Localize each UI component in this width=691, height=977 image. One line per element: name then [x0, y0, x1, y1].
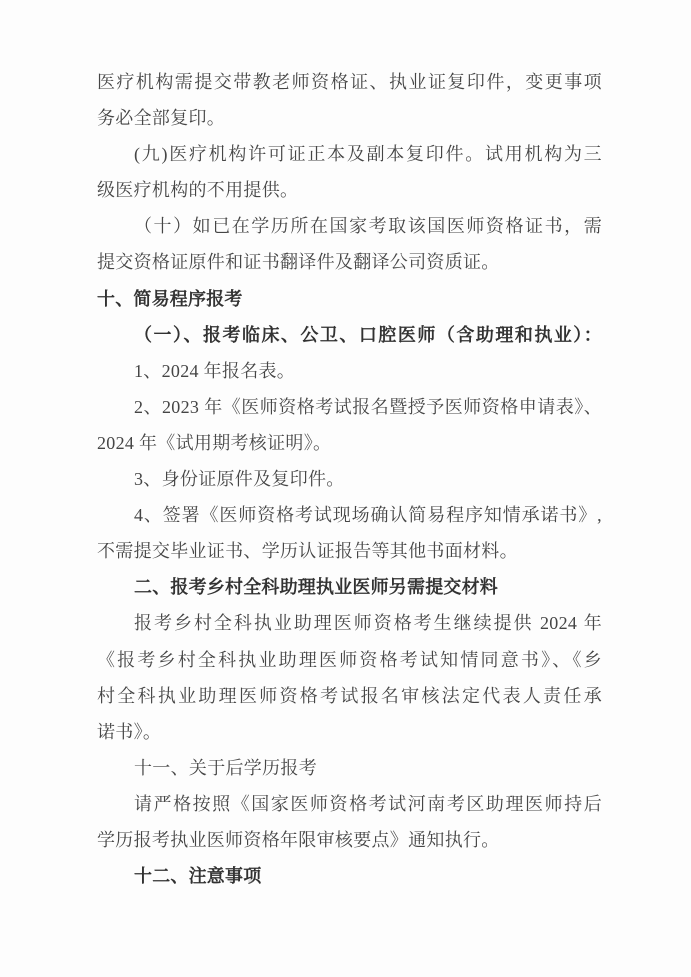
body-text-line: (九)医疗机构许可证正本及副本复印件。试用机构为三	[97, 136, 602, 172]
body-text-line: 3、身份证原件及复印件。	[97, 461, 602, 497]
body-text-line: 村全科执业助理医师资格考试报名审核法定代表人责任承	[97, 678, 602, 714]
body-text-line: 诺书》。	[97, 714, 602, 750]
document-text-column: 医疗机构需提交带教老师资格证、执业证复印件，变更事项务必全部复印。(九)医疗机构…	[97, 64, 602, 894]
body-text-line: 1、2024 年报名表。	[97, 353, 602, 389]
body-text-line: 不需提交毕业证书、学历认证报告等其他书面材料。	[97, 533, 602, 569]
body-text-line: 提交资格证原件和证书翻译件及翻译公司资质证。	[97, 244, 602, 280]
section-heading-line: 十、简易程序报考	[97, 281, 602, 317]
body-text-line: 请严格按照《国家医师资格考试河南考区助理医师持后	[97, 786, 602, 822]
body-text-line: 学历报考执业医师资格年限审核要点》通知执行。	[97, 822, 602, 858]
body-text-line: 务必全部复印。	[97, 100, 602, 136]
body-text-line: 级医疗机构的不用提供。	[97, 172, 602, 208]
section-heading-line: 十二、注意事项	[97, 858, 602, 894]
body-text-line: 十一、关于后学历报考	[97, 750, 602, 786]
section-heading-line: （一）、报考临床、公卫、口腔医师（含助理和执业）：	[97, 317, 602, 353]
scan-artifact-dot	[248, 879, 253, 883]
section-heading-line: 二、报考乡村全科助理执业医师另需提交材料	[97, 569, 602, 605]
body-text-line: （十）如已在学历所在国家考取该国医师资格证书，需	[97, 208, 602, 244]
body-text-line: 报考乡村全科执业助理医师资格考生继续提供 2024 年	[97, 605, 602, 641]
body-text-line: 4、签署《医师资格考试现场确认简易程序知情承诺书》,	[97, 497, 602, 533]
document-page: 医疗机构需提交带教老师资格证、执业证复印件，变更事项务必全部复印。(九)医疗机构…	[0, 0, 691, 977]
body-text-line: 《报考乡村全科执业助理医师资格考试知情同意书》、《乡	[97, 642, 602, 678]
body-text-line: 医疗机构需提交带教老师资格证、执业证复印件，变更事项	[97, 64, 602, 100]
body-text-line: 2、2023 年《医师资格考试报名暨授予医师资格申请表》、	[97, 389, 602, 425]
body-text-line: 2024 年《试用期考核证明》。	[97, 425, 602, 461]
